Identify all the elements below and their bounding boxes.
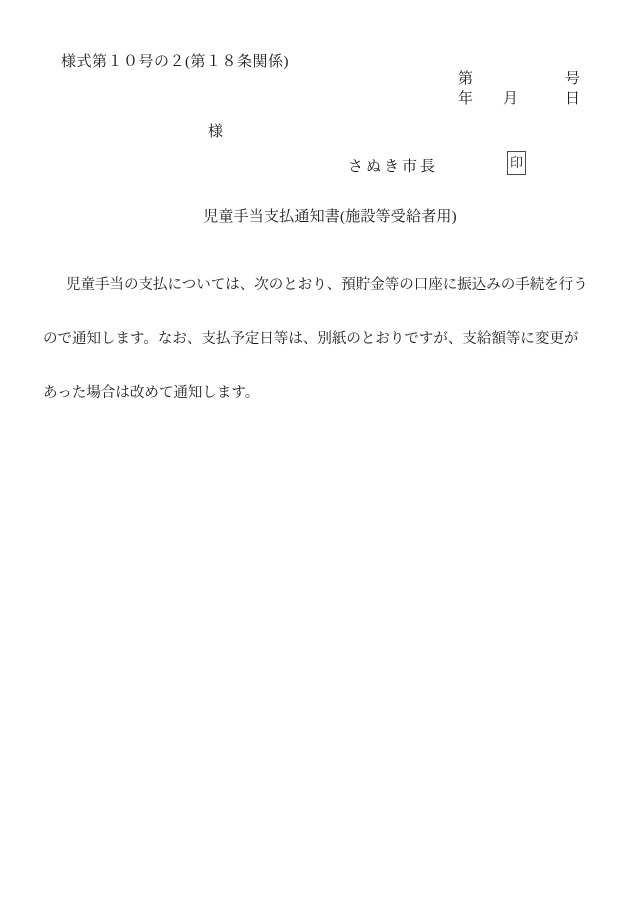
body-paragraph: 児童手当の支払については、次のとおり、預貯金等の口座に振込みの手続を行う ので通… xyxy=(43,240,589,438)
document-number-suffix: 号 xyxy=(565,67,580,88)
sender-name: さぬき市長 xyxy=(348,155,438,176)
form-number: 様式第１０号の２(第１８条関係) xyxy=(61,50,289,71)
seal-stamp: 印 xyxy=(507,151,526,175)
notice-document-page: 様式第１０号の２(第１８条関係) 第 号 年 月 日 様 さぬき市長 印 児童手… xyxy=(0,0,630,903)
document-title: 児童手当支払通知書(施設等受給者用) xyxy=(30,205,630,226)
body-line: ので通知します。なお、支払予定日等は、別紙のとおりですが、支給額等に変更が xyxy=(43,330,589,348)
date-day-label: 日 xyxy=(565,87,580,108)
body-line: あった場合は改めて通知します。 xyxy=(43,384,589,402)
document-number-prefix: 第 xyxy=(458,67,473,88)
date-year-label: 年 xyxy=(458,87,473,108)
addressee-honorific: 様 xyxy=(208,120,223,141)
date-month-label: 月 xyxy=(503,87,518,108)
body-line: 児童手当の支払については、次のとおり、預貯金等の口座に振込みの手続を行う xyxy=(43,276,589,294)
